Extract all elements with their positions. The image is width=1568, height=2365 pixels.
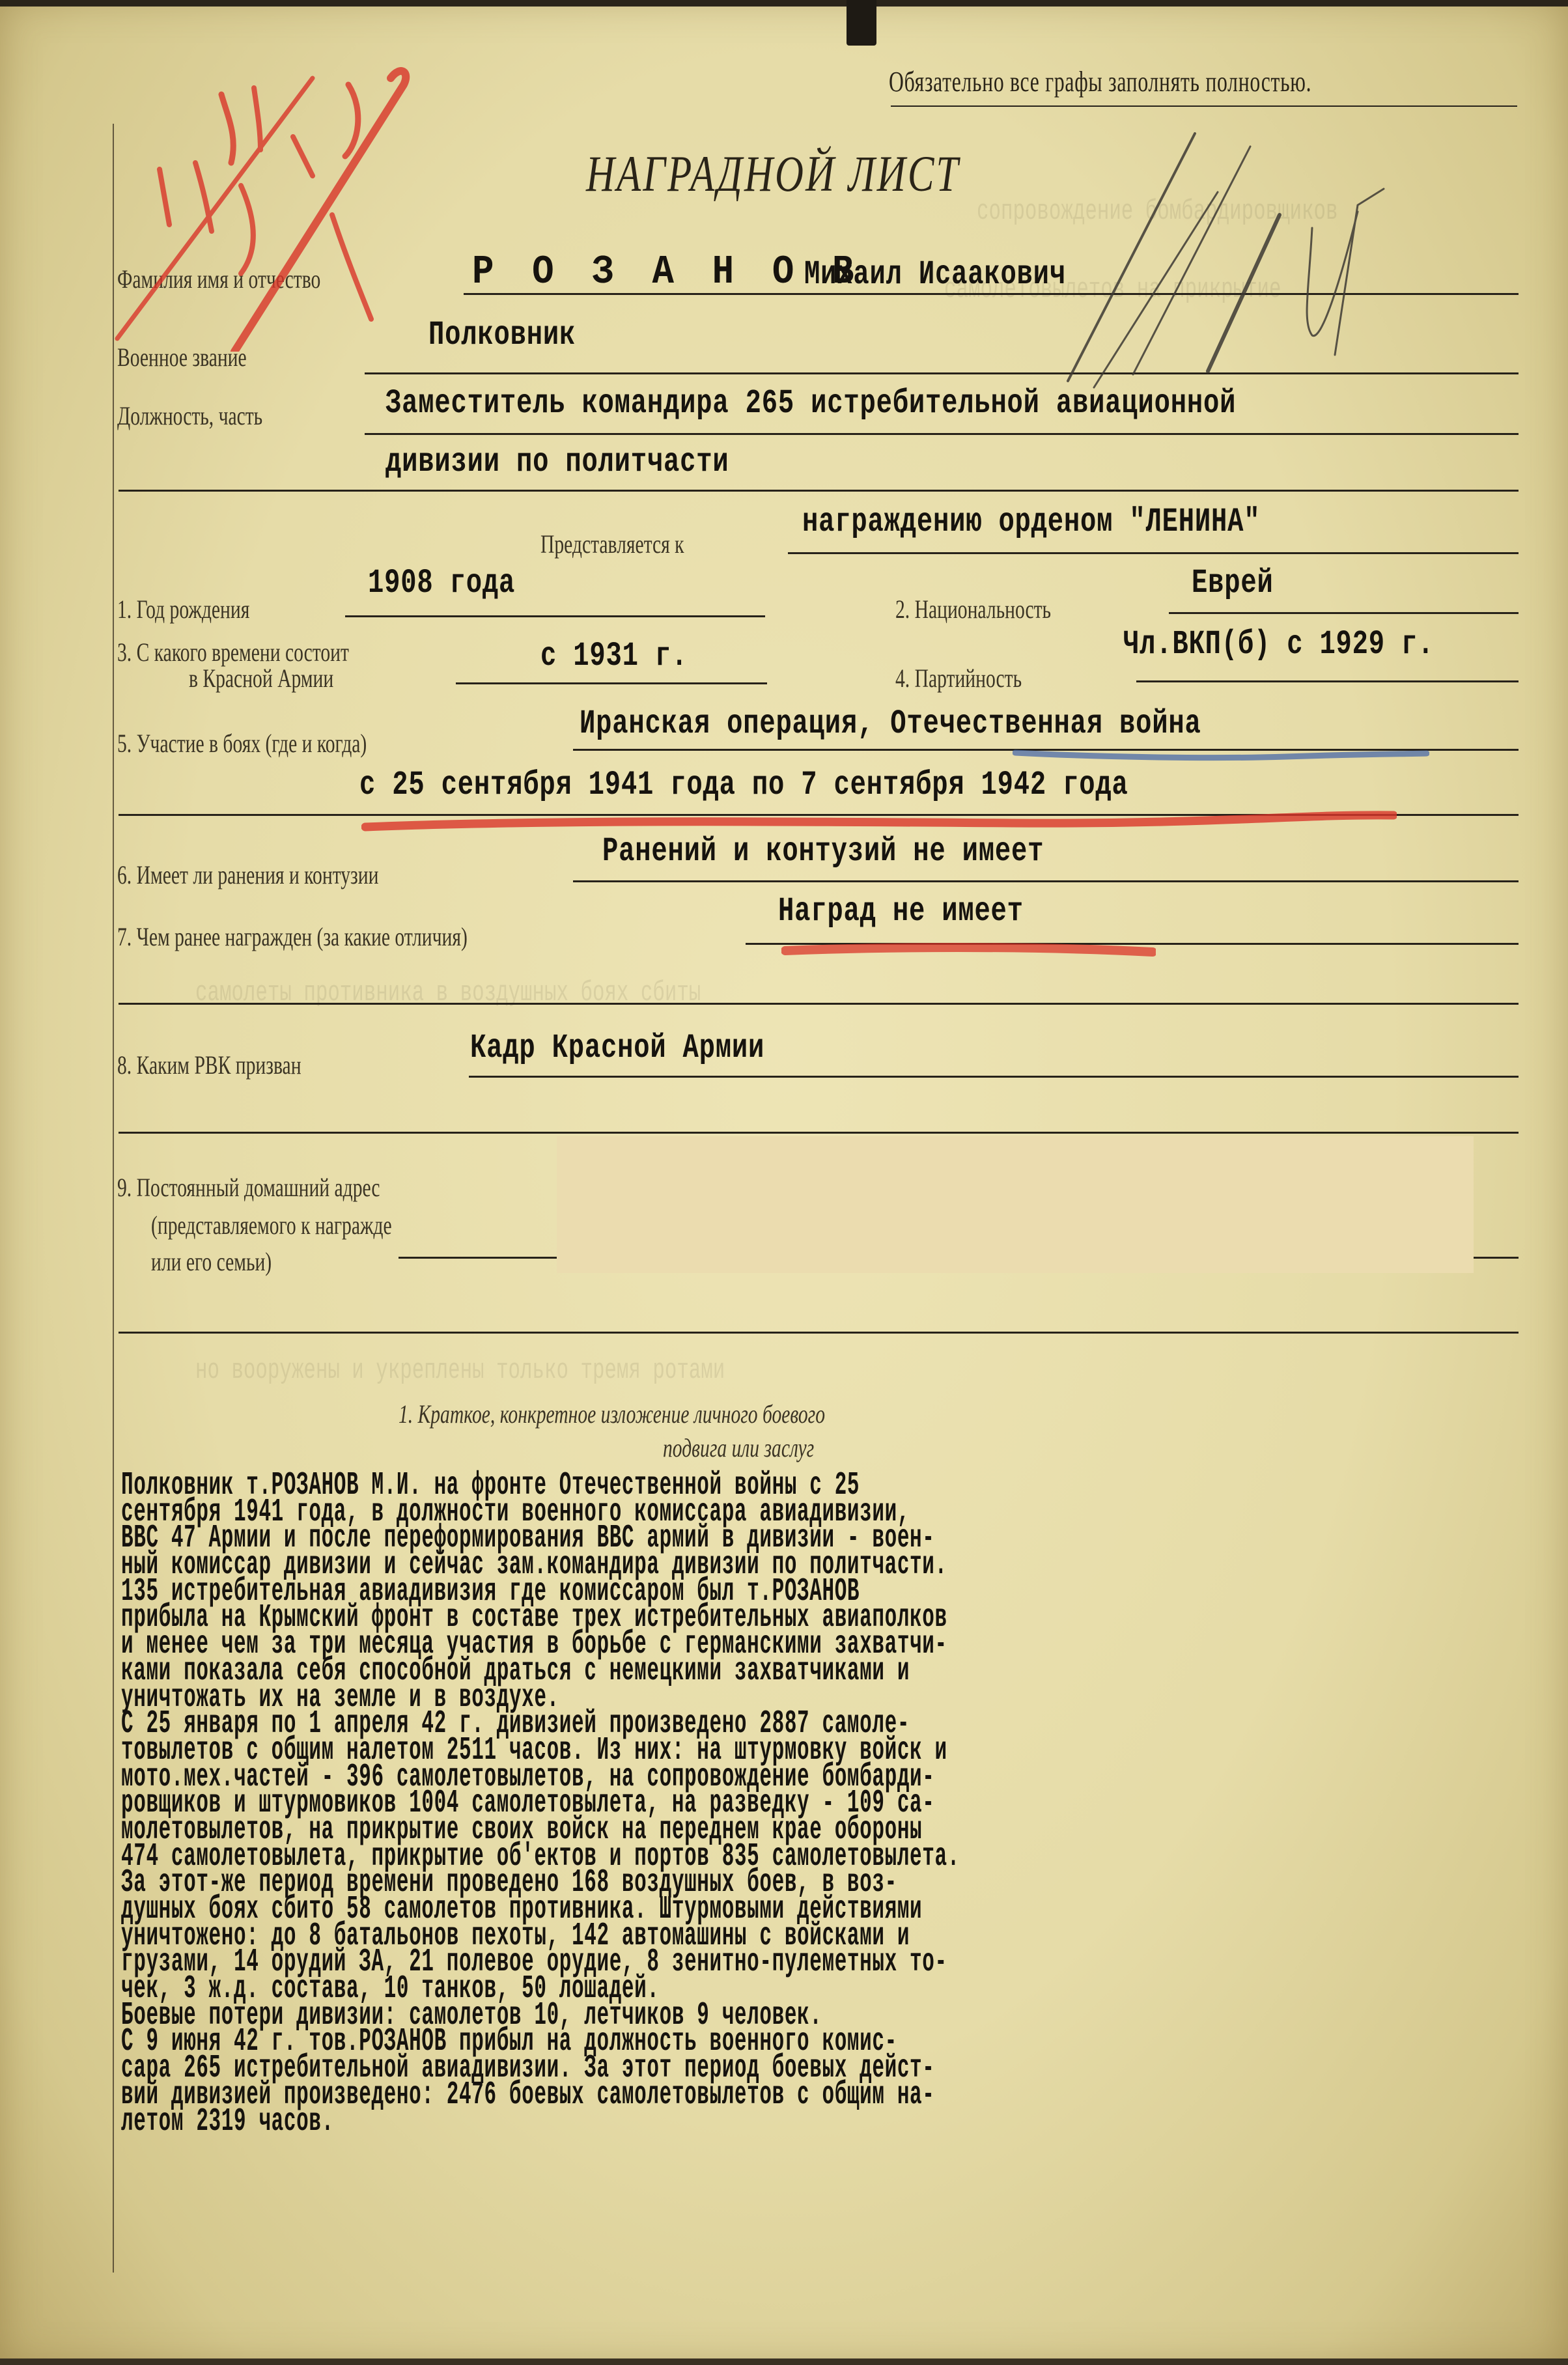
prior-awards-label: 7. Чем ранее награжден (за какие отличия… xyxy=(117,921,468,952)
award-sheet-page: сопровождение бомбардировщиков самолетов… xyxy=(0,0,1568,2365)
battles-line1: Иранская операция, Отечественная война xyxy=(580,705,1201,743)
birth-year-label: 1. Год рождения xyxy=(117,594,249,624)
red-pencil-underline xyxy=(361,807,1397,833)
bleed-through-text: но вооружены и укреплены только тремя ро… xyxy=(195,1354,725,1387)
position-rule-2 xyxy=(119,490,1519,492)
party-rule xyxy=(1136,680,1519,682)
red-pencil-underline xyxy=(781,938,1156,964)
section-divider xyxy=(119,1332,1519,1334)
narrative-line: летом 2319 часов. xyxy=(121,2109,1009,2136)
address-label-2: (представляемого к награжде xyxy=(151,1210,392,1240)
prior-awards-value: Наград не имеет xyxy=(778,892,1024,931)
redacted-address-box xyxy=(557,1136,1474,1273)
army-since-label-2: в Красной Армии xyxy=(189,663,333,693)
nominated-label: Представляется к xyxy=(540,529,684,559)
given-names-value: Михаил Исаакович xyxy=(804,255,1066,294)
nominated-value: награждению орденом "ЛЕНИНА" xyxy=(802,503,1260,541)
birth-year-value: 1908 года xyxy=(368,564,515,602)
battles-line2: с 25 сентября 1941 года по 7 сентября 19… xyxy=(359,766,1128,804)
blue-pencil-underline xyxy=(1013,748,1429,762)
scan-edge-bottom xyxy=(0,2358,1568,2365)
birth-year-rule xyxy=(345,615,765,617)
nationality-value: Еврей xyxy=(1192,564,1274,602)
scan-edge-top xyxy=(0,0,1568,7)
battles-label: 5. Участие в боях (где и когда) xyxy=(117,728,367,759)
address-label-3: или его семьи) xyxy=(151,1246,272,1277)
section-heading-line1: 1. Краткое, конкретное изложение личного… xyxy=(399,1399,825,1429)
position-label: Должность, часть xyxy=(117,400,262,431)
wounds-rule xyxy=(573,880,1519,882)
red-pencil-resolution-icon xyxy=(98,65,436,352)
narrative-text: Полковник т.РОЗАНОВ М.И. на фронте Отече… xyxy=(121,1473,1554,2135)
nationality-rule xyxy=(1169,612,1519,614)
position-line2: дивизии по политчасти xyxy=(385,443,729,481)
draft-office-label: 8. Каким РВК призван xyxy=(117,1050,301,1080)
nationality-label: 2. Национальность xyxy=(895,594,1051,624)
draft-office-rule xyxy=(469,1076,1519,1078)
rank-value: Полковник xyxy=(428,316,576,354)
army-since-value: с 1931 г. xyxy=(540,637,688,675)
blank-rule-1 xyxy=(119,1003,1519,1005)
party-value: Чл.ВКП(б) с 1929 г. xyxy=(1123,625,1434,664)
blank-rule-2 xyxy=(119,1132,1519,1134)
handwritten-signature-icon xyxy=(1055,114,1420,394)
binding-notch xyxy=(847,0,876,46)
document-title: НАГРАДНОЙ ЛИСТ xyxy=(586,145,960,203)
wounds-value: Ранений и контузий не имеет xyxy=(602,832,1044,871)
section-heading-line2: подвига или заслуг xyxy=(663,1433,814,1463)
army-since-rule xyxy=(456,682,767,684)
form-instruction: Обязательно все графы заполнять полность… xyxy=(889,65,1311,98)
wounds-label: 6. Имеет ли ранения и контузии xyxy=(117,860,378,890)
nominated-rule xyxy=(788,552,1519,554)
notice-underline xyxy=(891,105,1517,107)
party-label: 4. Партийность xyxy=(895,663,1022,693)
position-rule-1 xyxy=(365,433,1519,435)
address-label-1: 9. Постоянный домашний адрес xyxy=(117,1172,380,1203)
draft-office-value: Кадр Красной Армии xyxy=(470,1029,764,1067)
left-margin-line xyxy=(113,124,114,2273)
